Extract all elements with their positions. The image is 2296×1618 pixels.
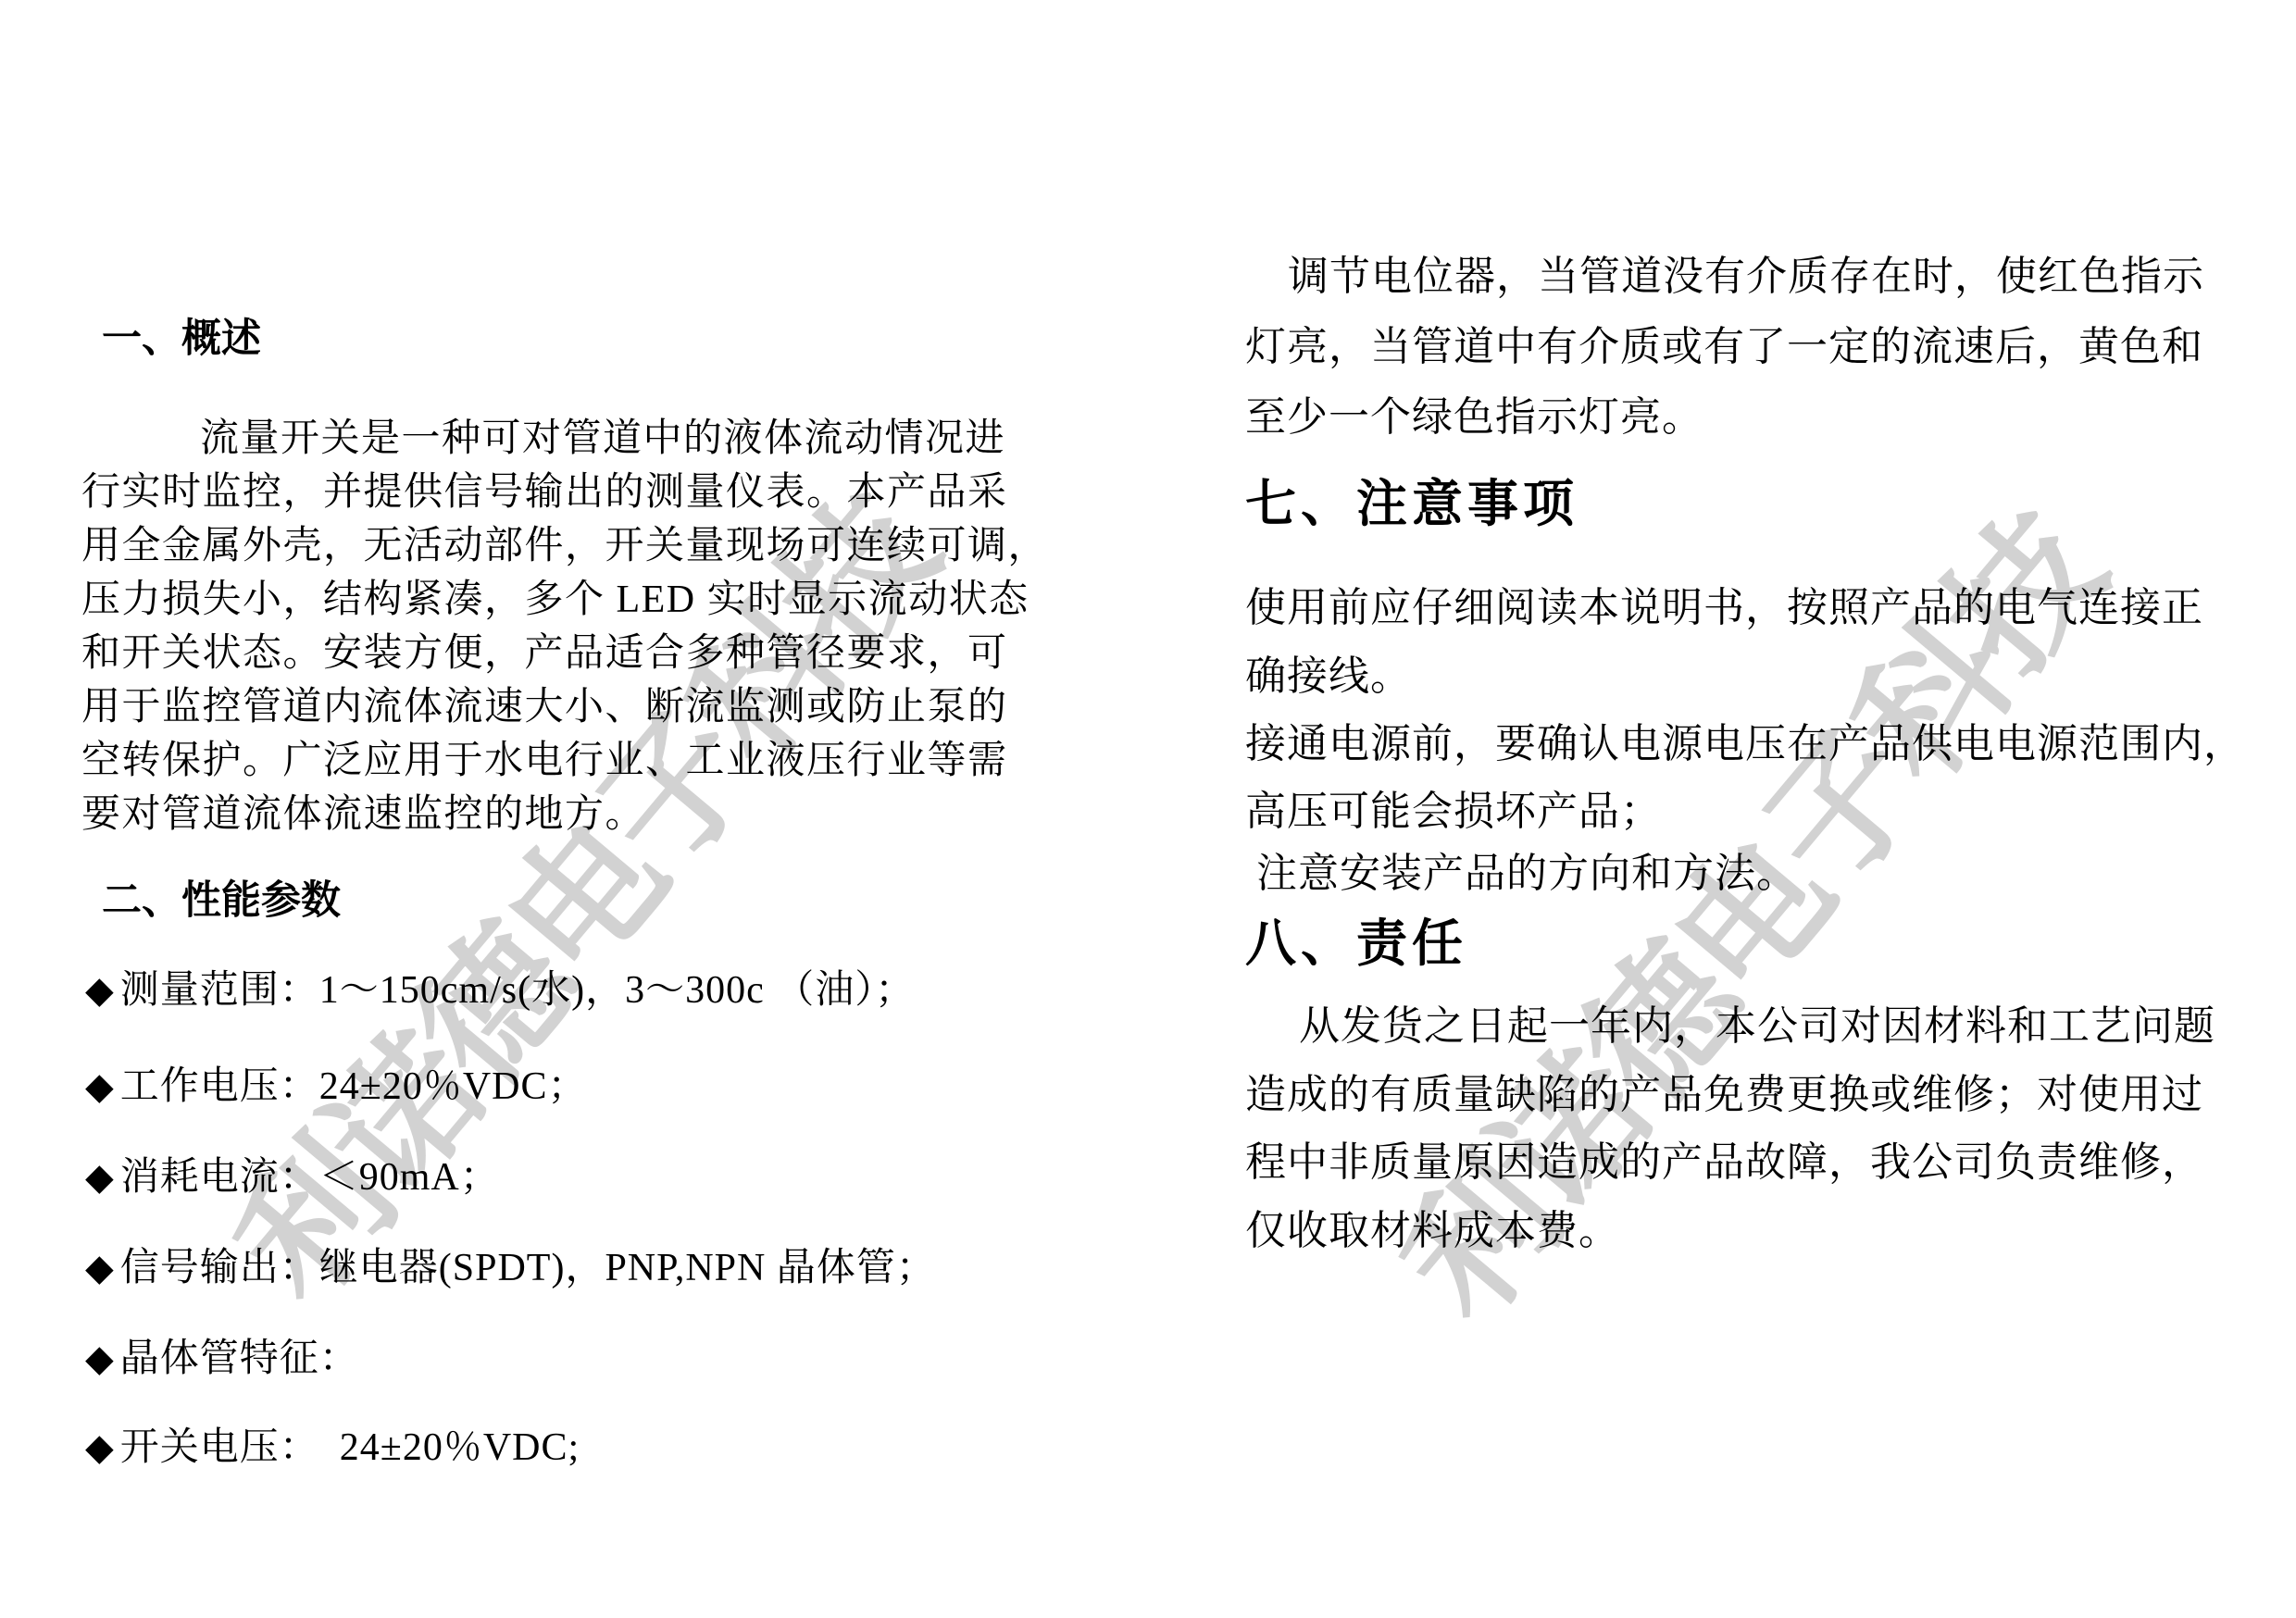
manual-page: 利诺德电子科技 利诺德电子科技 一、概述 流量开关是一种可对管道中的液体流动情况… bbox=[0, 0, 2296, 1618]
overview-line: 和开关状态。安装方便，产品适合多种管径要求，可 bbox=[81, 622, 1008, 678]
intro-line: 至少一个绿色指示灯亮。 bbox=[1245, 383, 1703, 442]
overview-line: 空转保护。广泛应用于水电行业、工业液压行业等需 bbox=[81, 729, 1008, 785]
responsibility-line: 造成的有质量缺陷的产品免费更换或维修；对使用过 bbox=[1245, 1061, 2203, 1120]
notes-line: 注意安装产品的方向和方法。 bbox=[1245, 840, 1798, 899]
section-heading-parameters: 二、性能参数 bbox=[102, 869, 341, 926]
notes-line: 接通电源前，要确认电源电压在产品供电电源范围内， bbox=[1245, 710, 2245, 769]
diamond-bullet-icon: ◆ bbox=[85, 1247, 115, 1288]
parameter-text: 工作电压：24±20％VDC； bbox=[120, 1065, 588, 1108]
overview-line: 用全金属外壳，无活动部件，开关量现场可连续可调， bbox=[81, 515, 1048, 570]
parameter-item: ◆消耗电流：＜90mA； bbox=[85, 1146, 500, 1201]
parameter-item: ◆工作电压：24±20％VDC； bbox=[85, 1055, 588, 1111]
responsibility-line: 从发货之日起一年内，本公司对因材料和工艺问题 bbox=[1245, 992, 2215, 1052]
parameter-item: ◆信号输出：继电器(SPDT)，PNP,NPN 晶体管； bbox=[85, 1237, 936, 1292]
overview-line: 流量开关是一种可对管道中的液体流动情况进 bbox=[81, 407, 1005, 463]
parameter-text: 晶体管特征： bbox=[120, 1338, 359, 1380]
diamond-bullet-icon: ◆ bbox=[85, 1338, 115, 1379]
responsibility-line: 仅收取材料成本费。 bbox=[1245, 1197, 1620, 1256]
parameter-text: 消耗电流：＜90mA； bbox=[120, 1156, 500, 1199]
overview-line: 行实时监控，并提供信号输出的测量仪表。本产品采 bbox=[81, 461, 1008, 517]
parameter-item: ◆晶体管特征： bbox=[85, 1327, 359, 1383]
diamond-bullet-icon: ◆ bbox=[85, 969, 115, 1011]
overview-line: 用于监控管道内流体流速大小、断流监测或防止泵的 bbox=[81, 676, 1008, 731]
section-heading-notes: 七、注意事项 bbox=[1245, 463, 1578, 536]
diamond-bullet-icon: ◆ bbox=[85, 1426, 115, 1468]
parameter-text: 信号输出：继电器(SPDT)，PNP,NPN 晶体管； bbox=[120, 1247, 936, 1289]
section-heading-responsibility: 八、责任 bbox=[1245, 902, 1467, 976]
parameter-text: 测量范围：1～150cm/s(水)，3～300c （油）； bbox=[120, 969, 915, 1012]
notes-line: 高压可能会损坏产品； bbox=[1245, 778, 1662, 837]
diamond-bullet-icon: ◆ bbox=[85, 1065, 115, 1107]
parameter-text: 开关电压： 24±20％VDC; bbox=[120, 1426, 580, 1469]
notes-line: 确接线。 bbox=[1245, 642, 1412, 702]
intro-line: 调节电位器，当管道没有介质存在时，使红色指示 bbox=[1245, 243, 2204, 302]
section-heading-overview: 一、概述 bbox=[102, 307, 261, 364]
overview-line: 要对管道流体流速监控的地方。 bbox=[81, 783, 645, 839]
responsibility-line: 程中非质量原因造成的产品故障，我公司负责维修， bbox=[1245, 1128, 2203, 1188]
intro-line: 灯亮，当管道中有介质或有了一定的流速后，黄色和 bbox=[1245, 313, 2203, 372]
diamond-bullet-icon: ◆ bbox=[85, 1156, 115, 1198]
parameter-item: ◆开关电压： 24±20％VDC; bbox=[85, 1416, 580, 1472]
notes-line: 使用前应仔细阅读本说明书，按照产品的电气连接正 bbox=[1245, 574, 2203, 633]
overview-line: 压力损失小，结构紧凑，多个 LED 实时显示流动状态 bbox=[81, 568, 1029, 624]
parameter-item: ◆测量范围：1～150cm/s(水)，3～300c （油）； bbox=[85, 959, 915, 1014]
